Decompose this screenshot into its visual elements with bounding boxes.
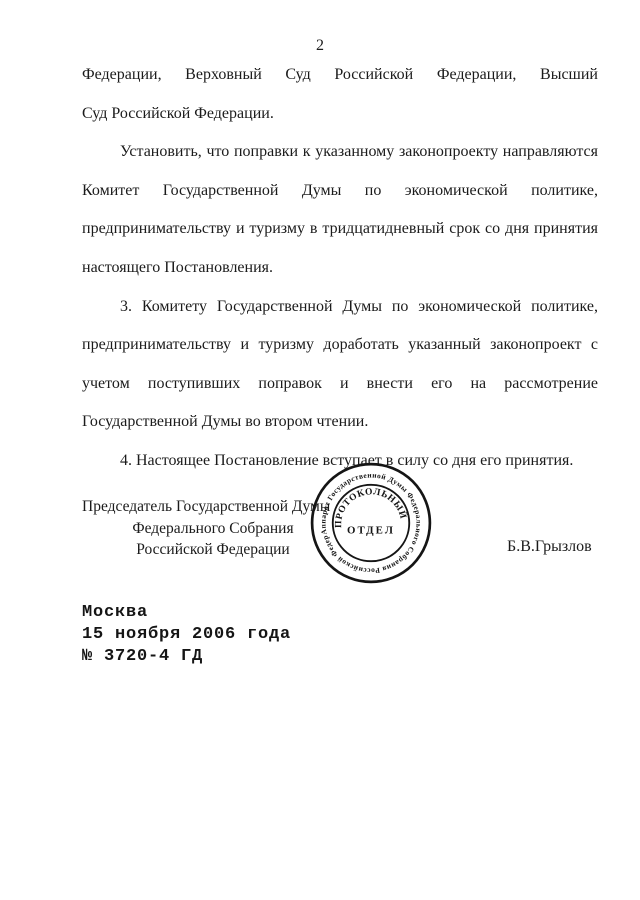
signature-title-line: Российской Федерации <box>82 539 344 561</box>
footer-city: Москва <box>82 602 291 624</box>
body-text: Федерации, Верховный Суд Российской Феде… <box>82 56 598 481</box>
text-line: Федерации, Верховный Суд Российской Феде… <box>82 56 598 95</box>
text-line: Суд Российской Федерации. <box>82 95 598 134</box>
footer-date: 15 ноября 2006 года <box>82 624 291 646</box>
text-line: учетом поступивших поправок и внести его… <box>82 365 598 404</box>
signer-name: Б.В.Грызлов <box>507 538 592 556</box>
text-line: Установить, что поправки к указанному за… <box>82 133 598 172</box>
paragraph: Установить, что поправки к указанному за… <box>82 133 598 287</box>
footer-number: № 3720-4 ГД <box>82 646 291 668</box>
text-line: Комитет Государственной Думы по экономич… <box>82 172 598 211</box>
signature-title-line: Председатель Государственной Думы <box>82 496 344 518</box>
page-number: 2 <box>0 37 640 55</box>
signature-block: Председатель Государственной Думы Федера… <box>82 496 344 561</box>
document-page: 2 Федерации, Верховный Суд Российской Фе… <box>0 0 640 900</box>
text-line: предпринимательству и туризму в тридцати… <box>82 210 598 249</box>
protocol-stamp-icon: Аппарат Государственной Думы Федеральног… <box>306 461 436 585</box>
paragraph: Федерации, Верховный Суд Российской Феде… <box>82 56 598 133</box>
signature-title-line: Федерального Собрания <box>82 518 344 540</box>
text-line: Государственной Думы во втором чтении. <box>82 403 598 442</box>
footer-block: Москва 15 ноября 2006 года № 3720-4 ГД <box>82 602 291 668</box>
stamp-ring-text: Аппарат Государственной Думы Федеральног… <box>306 461 435 585</box>
paragraph: 3. Комитету Государственной Думы по экон… <box>82 288 598 442</box>
stamp-outer-border <box>312 464 430 582</box>
text-line: 3. Комитету Государственной Думы по экон… <box>82 288 598 327</box>
stamp-center-text: ОТДЕЛ <box>347 524 395 536</box>
text-line: настоящего Постановления. <box>82 249 598 288</box>
text-line: предпринимательству и туризму доработать… <box>82 326 598 365</box>
